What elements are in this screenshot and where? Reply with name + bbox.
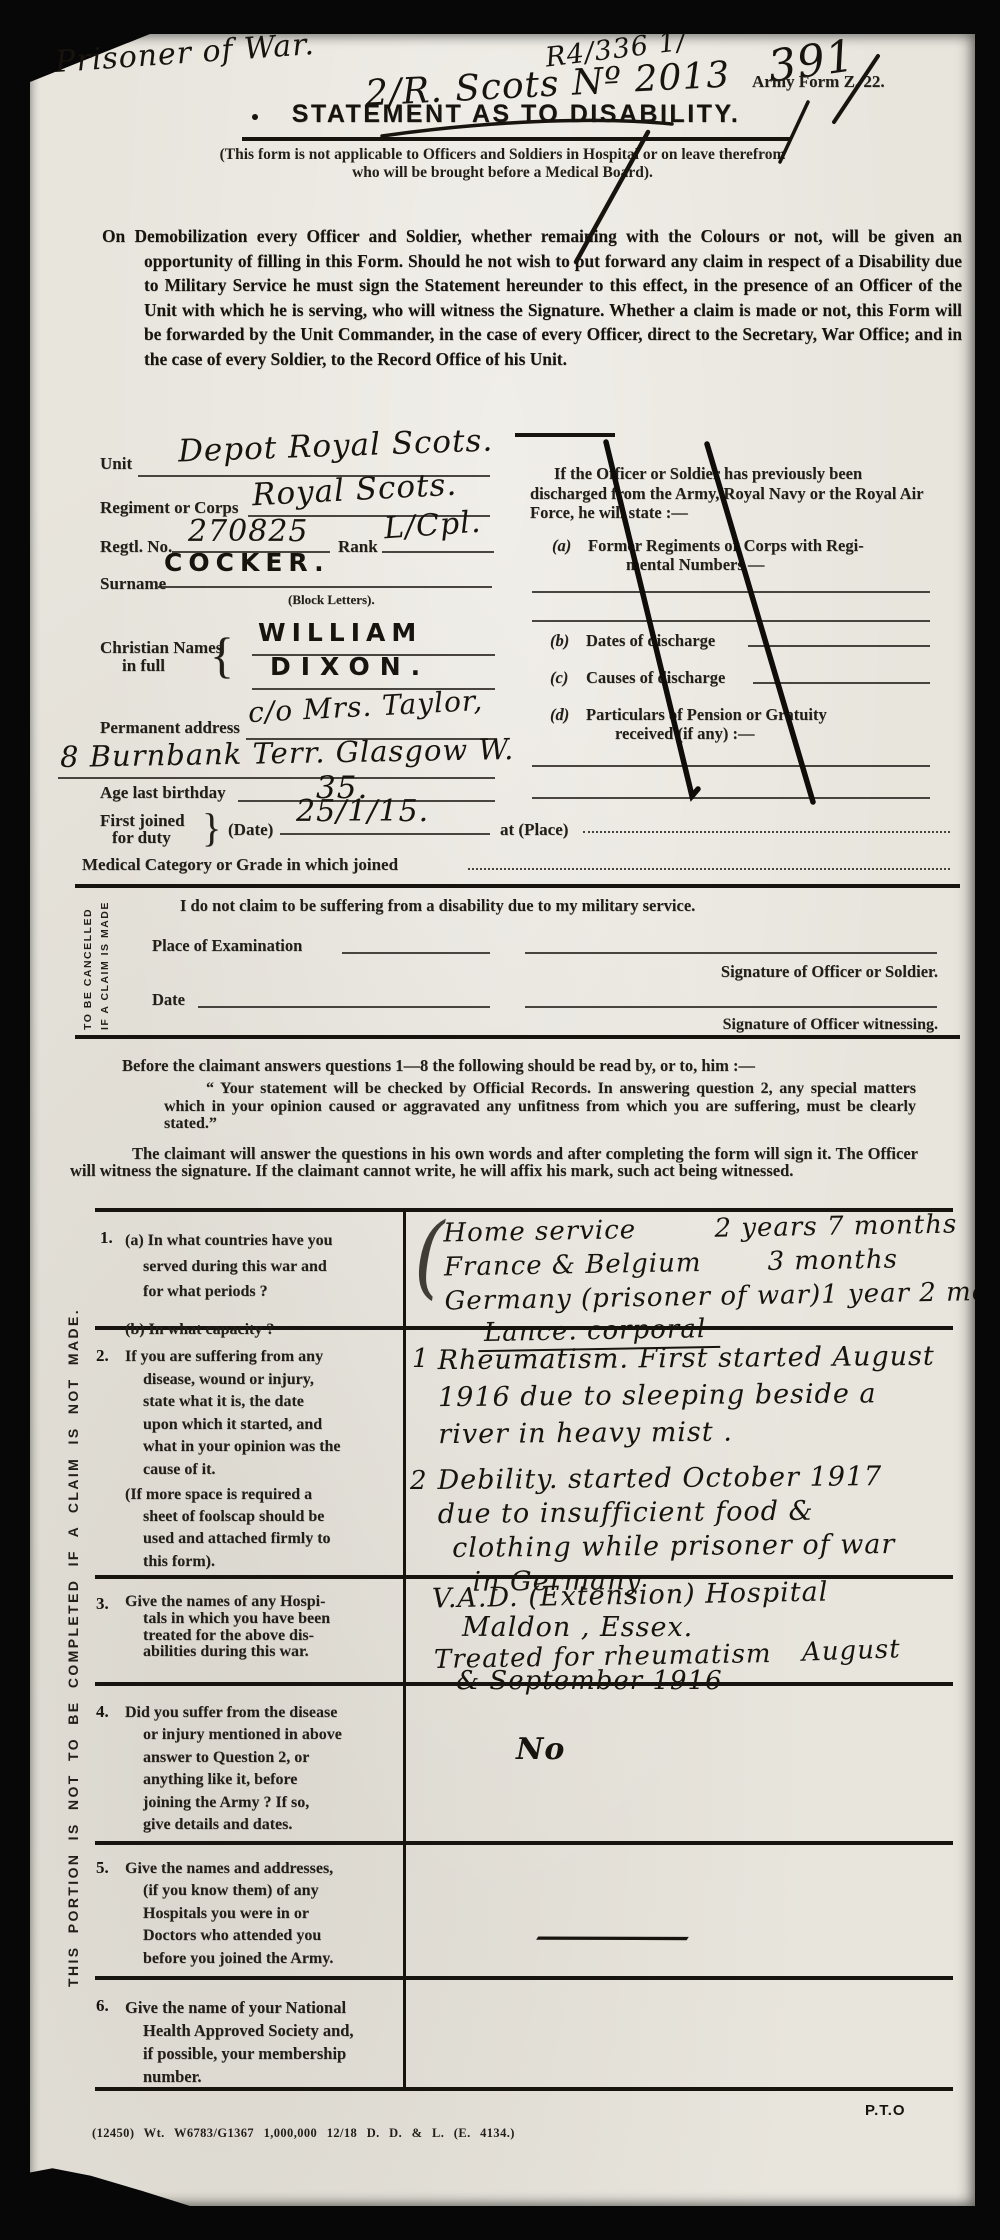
question-line: (a) In what countries have you <box>125 1228 333 1254</box>
unit-label: Unit <box>100 454 132 474</box>
answer-item-number: 2 <box>410 1466 428 1496</box>
question-line: cause of it. <box>143 1459 341 1482</box>
no-claim-statement: I do not claim to be suffering from a di… <box>180 896 695 916</box>
question-4-text: Did you suffer from the disease or injur… <box>125 1702 342 1836</box>
rule <box>753 682 930 684</box>
question-line: Give the names of any Hospi- <box>125 1594 330 1611</box>
question-line: used and attached firmly to <box>143 1528 331 1550</box>
question-1-text: (a) In what countries have you served du… <box>125 1228 333 1342</box>
instructions-quote: “ Your statement will be checked by Offi… <box>164 1080 916 1133</box>
regiment-value: Royal Scots. <box>251 467 458 514</box>
rule <box>58 777 495 779</box>
question-line: Doctors who attended you <box>143 1925 333 1947</box>
surname-label: Surname <box>100 574 166 594</box>
pto-label: P.T.O <box>865 2102 906 2119</box>
signature-officer-soldier-label: Signature of Officer or Soldier. <box>638 962 938 982</box>
rank-value: L/Cpl. <box>383 505 483 547</box>
answer-line: due to insufficient food & <box>438 1494 895 1532</box>
rule <box>525 1006 937 1008</box>
christian-names-label2: in full <box>122 656 165 676</box>
portion-sidebar-text: THIS PORTION IS NOT TO BE COMPLETED IF A… <box>65 1308 81 1987</box>
question-line: (If more space is required a <box>125 1484 331 1506</box>
at-place-label: at (Place) <box>500 820 568 840</box>
answer-country: France & Belgium <box>444 1248 702 1286</box>
question-line: for what periods ? <box>143 1279 333 1305</box>
section-divider <box>515 433 615 437</box>
question-line: sheet of foolscap should be <box>143 1506 331 1528</box>
item-a-line2: mental Numbers — <box>626 555 764 575</box>
question-line: give details and dates. <box>143 1814 342 1836</box>
question-line: Give the name of your National <box>125 1996 354 2019</box>
brace-glyph: { <box>210 626 234 684</box>
discharge-intro: If the Officer or Soldier has previously… <box>530 464 932 523</box>
claim-cancel-sidebar: TO BE CANCELLED IF A CLAIM IS MADE <box>82 892 111 1030</box>
table-border <box>95 1841 953 1845</box>
question-line: state what it is, the date <box>143 1391 341 1414</box>
instructions-line1: Before the claimant answers questions 1—… <box>122 1056 755 1076</box>
claim-date-label: Date <box>152 990 185 1010</box>
permanent-address-label: Permanent address <box>100 718 240 738</box>
regtl-no-label: Regtl. No. <box>100 537 172 557</box>
question-1-answer: Home service 2 years 7 months France & B… <box>443 1210 959 1321</box>
rule <box>198 1006 490 1008</box>
question-line: abilities during this war. <box>143 1644 330 1661</box>
instructions-paragraph: The claimant will answer the questions i… <box>70 1146 918 1180</box>
christian-name-middle: DIXON. <box>270 652 430 681</box>
applicability-note-line2: who will be brought before a Medical Boa… <box>352 164 653 181</box>
question-line: upon which it started, and <box>143 1414 341 1437</box>
item-c-label: (c) <box>550 668 568 688</box>
rule <box>532 591 930 593</box>
item-c-text: Causes of discharge <box>586 668 725 688</box>
form-title: STATEMENT AS TO DISABILITY. <box>242 100 790 141</box>
rule <box>382 551 494 553</box>
address-value-line2: 8 Burnbank Terr. Glasgow W. <box>60 732 515 774</box>
answer-item-number: 1 <box>412 1344 430 1374</box>
rule <box>525 952 937 954</box>
applicability-note-line1: (This form is not applicable to Officers… <box>220 146 786 163</box>
claim-box-top-border <box>75 884 960 888</box>
answer-line: river in heavy mist . <box>438 1412 935 1453</box>
item-a-line1: Former Regiments or Corps with Regi- <box>588 536 864 556</box>
question-6-text: Give the name of your National Health Ap… <box>125 1996 354 2088</box>
question-line: Did you suffer from the disease <box>125 1702 342 1724</box>
surname-value: COCKER. <box>164 548 330 577</box>
question-5-number: 5. <box>96 1858 109 1878</box>
item-a-label: (a) <box>552 536 571 556</box>
for-duty-label: for duty <box>112 828 171 848</box>
rank-label: Rank <box>338 537 378 557</box>
answer-line: Maldon , Essex. <box>462 1612 693 1643</box>
claim-cancel-line1: TO BE CANCELLED <box>82 892 94 1030</box>
question-line: or injury mentioned in above <box>143 1724 342 1746</box>
answer-period: 1 year 2 months <box>821 1276 975 1314</box>
question-5-text: Give the names and addresses, (if you kn… <box>125 1858 333 1970</box>
claim-cancel-line2: IF A CLAIM IS MADE <box>99 892 111 1030</box>
item-b-text: Dates of discharge <box>586 631 715 651</box>
table-column-divider <box>403 1208 406 2087</box>
question-line: Hospitals you were in or <box>143 1903 333 1925</box>
medical-category-label: Medical Category or Grade in which joine… <box>82 855 398 875</box>
printer-imprint: (12450) Wt. W6783/G1367 1,000,000 12/18 … <box>92 2126 515 2141</box>
question-line: before you joined the Army. <box>143 1948 333 1970</box>
claim-box-bottom-border <box>75 1035 960 1039</box>
question-line: what in your opinion was the <box>143 1436 341 1459</box>
question-2-text: If you are suffering from any disease, w… <box>125 1346 341 1482</box>
address-value-line1: c/o Mrs. Taylor, <box>247 684 484 729</box>
question-line: (b) In what capacity ? <box>125 1317 333 1343</box>
date-label: (Date) <box>228 820 273 840</box>
question-line: Give the names and addresses, <box>125 1858 333 1880</box>
form-paper: Prisoner of War. R4/336 1/ 391 2/R. Scot… <box>30 34 975 2206</box>
unit-value: Depot Royal Scots. <box>177 423 493 470</box>
question-line: served during this war and <box>143 1254 333 1280</box>
rule <box>532 620 930 622</box>
question-line: treated for the above dis- <box>143 1628 330 1645</box>
form-code: Army Form Z. 22. <box>752 72 885 92</box>
question-1-number: 1. <box>100 1228 113 1248</box>
christian-name-first: WILLIAM <box>258 618 422 647</box>
question-line: this form). <box>143 1551 331 1573</box>
question-3-text: Give the names of any Hospi- tals in whi… <box>125 1594 330 1661</box>
question-2-answer-item1: Rheumatism. First started August 1916 du… <box>438 1338 936 1453</box>
answer-line: Debility. started October 1917 <box>437 1460 894 1498</box>
date-joined-value: 25/1/15. <box>296 794 429 829</box>
answer-line: 1916 due to sleeping beside a <box>438 1375 935 1416</box>
question-5-answer-dash: — <box>529 1906 701 1966</box>
item-d-line2: received (if any) :— <box>615 724 754 744</box>
rule <box>748 645 930 647</box>
question-4-answer: No <box>516 1732 565 1767</box>
question-line: If you are suffering from any <box>125 1346 341 1369</box>
joined-brace-glyph: } <box>202 804 221 851</box>
question-line: (if you know them) of any <box>143 1880 333 1902</box>
answer-line: V.A.D. (Extension) Hospital <box>432 1577 829 1615</box>
question-3-number: 3. <box>96 1594 109 1614</box>
question-line: joining the Army ? If so, <box>143 1792 342 1814</box>
question-2-note: (If more space is required a sheet of fo… <box>125 1484 331 1573</box>
scan-corner-torn-bottom-left <box>30 2152 190 2206</box>
question-line: answer to Question 2, or <box>143 1747 342 1769</box>
rule <box>158 586 492 588</box>
regtl-no-value: 270825 <box>188 514 309 549</box>
item-d-label: (d) <box>550 705 569 725</box>
place-of-examination-label: Place of Examination <box>152 936 302 956</box>
item-d-line1: Particulars of Pension or Gratuity <box>586 705 827 725</box>
scanned-document-screen: Prisoner of War. R4/336 1/ 391 2/R. Scot… <box>0 0 1000 2240</box>
question-4-number: 4. <box>96 1702 109 1722</box>
answer-period: 2 years 7 months <box>714 1210 957 1248</box>
answer-line: Rheumatism. First started August <box>438 1338 935 1379</box>
applicability-note: (This form is not applicable to Officers… <box>115 146 890 181</box>
answer-line: clothing while prisoner of war <box>452 1528 895 1566</box>
rule <box>532 797 930 799</box>
answer-bracket-glyph: ( <box>414 1205 445 1309</box>
rule <box>280 833 490 835</box>
rule <box>532 765 930 767</box>
question-line: disease, wound or injury, <box>143 1369 341 1392</box>
demobilization-paragraph: On Demobilization every Officer and Sold… <box>102 224 962 372</box>
question-line: number. <box>143 2065 354 2088</box>
rule <box>583 831 950 833</box>
rule <box>342 952 490 954</box>
question-2-number: 2. <box>96 1346 109 1366</box>
block-letters-hint: (Block Letters). <box>288 592 375 608</box>
answer-line: & September 1916 <box>456 1666 723 1696</box>
question-line: tals in which you have been <box>143 1611 330 1628</box>
question-6-number: 6. <box>96 1996 109 2016</box>
question-line: anything like it, before <box>143 1769 342 1791</box>
question-line: Health Approved Society and, <box>143 2019 354 2042</box>
answer-country: Home service <box>443 1215 636 1252</box>
answer-period: 3 months <box>767 1245 898 1281</box>
christian-names-label: Christian Names <box>100 638 222 658</box>
age-label: Age last birthday <box>100 783 226 803</box>
table-border <box>95 1976 953 1980</box>
item-b-label: (b) <box>550 631 569 651</box>
portion-sidebar: THIS PORTION IS NOT TO BE COMPLETED IF A… <box>50 1208 96 2087</box>
rule <box>468 868 950 870</box>
signature-officer-witnessing-label: Signature of Officer witnessing. <box>633 1016 938 1034</box>
question-line: if possible, your membership <box>143 2042 354 2065</box>
answer-line: August <box>802 1634 902 1667</box>
